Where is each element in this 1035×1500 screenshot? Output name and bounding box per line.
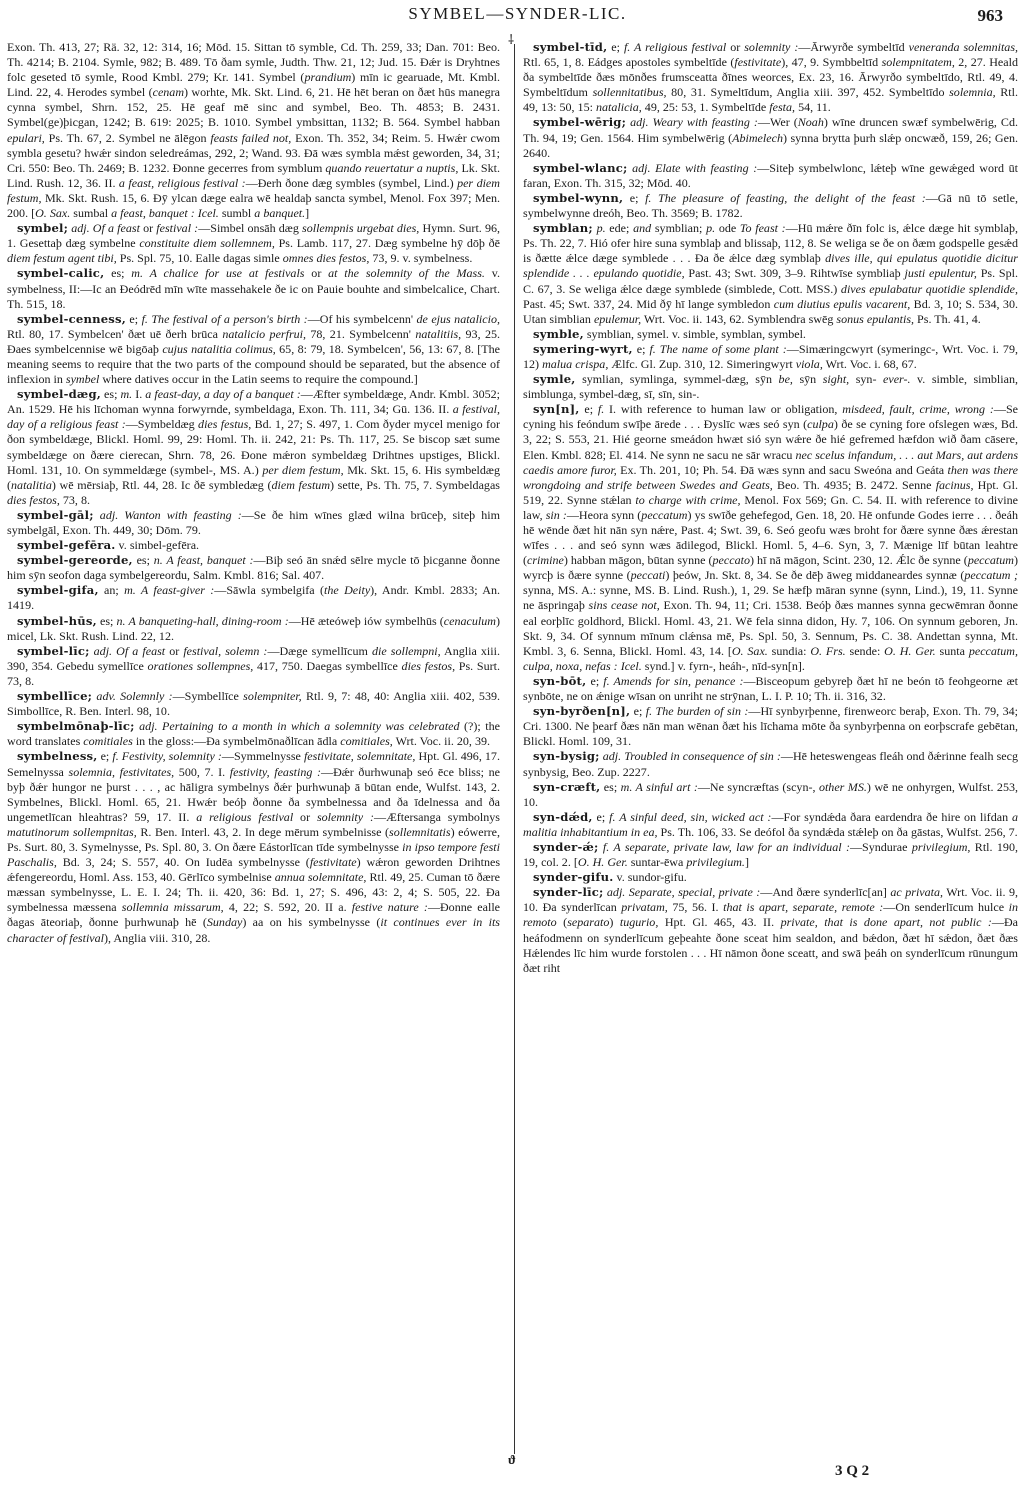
entry-text: 4, 22; S. 592, 20. II a. (224, 900, 352, 914)
entry-gloss-italic: Noah (798, 115, 824, 129)
entry-text: e; (586, 674, 603, 688)
entry-gloss-italic: festa, (769, 100, 795, 114)
entry-headword: symbel-wlanc; (533, 161, 628, 175)
entry-text: Wrt. Voc. ii. 143, 62. Symblendra swēg (641, 312, 836, 326)
entry-text: ), 47, 9. Symbbeltīd (781, 55, 881, 69)
entry-gloss-italic: f. The festival of a person's birth : (142, 312, 308, 326)
entry-headword: symbel-hūs, (17, 614, 97, 628)
entry-text: —Syndurae (850, 840, 912, 854)
entry-headword: symbellīce; (17, 689, 92, 703)
entry-headword: syn[n], (533, 402, 580, 416)
entry-headword: symbel-līc; (17, 644, 90, 658)
entry-headword: symbel-tīd, (533, 40, 607, 54)
entry-headword: symbel-dæg, (17, 387, 101, 401)
entry-text: —Symmelnysse (222, 749, 304, 763)
entry-gloss-italic: adj. Pertaining to a month in which a so… (135, 719, 460, 733)
entry-text: Ps. Th. 67, 2. Symbel ne ālēgon (45, 131, 211, 145)
entry-gloss-italic: sonus epulantis, (836, 312, 914, 326)
dictionary-entry: syn-bōt, e; f. Amends for sin, penance :… (523, 674, 1018, 704)
entry-gloss-italic: f. Festivity, solemnity : (112, 749, 222, 763)
entry-gloss-italic: f. A sinful deed, sin, wicked act : (609, 810, 771, 824)
entry-text: ] (305, 206, 309, 220)
entry-headword: symbel-gāl; (17, 508, 94, 522)
entry-gloss-italic: adv. Solemnly : (92, 689, 172, 703)
dictionary-entry: symbel-hūs, es; n. A banqueting-hall, di… (7, 614, 500, 644)
entry-headword: symbel-cenness, (17, 312, 126, 326)
entry-gloss-italic: a religious festival (196, 810, 293, 824)
entry-gloss-italic: a feast, banquet : Icel. (111, 206, 219, 220)
entry-gloss-italic: a feast, religious festival : (119, 176, 246, 190)
column-rule-bottom-ornament-icon: ϑ (508, 1452, 516, 1468)
entry-headword: symbel-gefēra. (17, 538, 116, 552)
left-column: Exon. Th. 413, 27; Rä. 32, 12: 314, 16; … (7, 40, 500, 946)
entry-text: sundia: (768, 644, 811, 658)
dictionary-entry: syn-cræft, es; m. A sinful art :—Ne sync… (523, 780, 1018, 810)
dictionary-entry: symbel-calic, es; m. A chalice for use a… (7, 266, 500, 311)
entry-text: or (165, 644, 183, 658)
entry-headword: symbelness, (17, 749, 98, 763)
dictionary-entry: synder-līc; adj. Separate, special, priv… (523, 885, 1018, 976)
dictionary-entry: Exon. Th. 413, 27; Rä. 32, 12: 314, 16; … (7, 40, 500, 221)
dictionary-entry: symble, symblian, symel. v. simble, symb… (523, 327, 1018, 342)
entry-gloss-italic: separato (567, 915, 609, 929)
entry-gloss-italic: cum diutius epulis vacarent, (774, 297, 911, 311)
entry-gloss-italic: m. (120, 387, 132, 401)
entry-gloss-italic: natalicia, (596, 100, 642, 114)
entry-gloss-italic: private, that is done apart, not public … (781, 915, 992, 929)
entry-text: sȳn (793, 372, 823, 386)
entry-gloss-italic: at the solemnity of the Mass. (328, 266, 485, 280)
entry-gloss-italic: epulari, (7, 131, 45, 145)
right-column: symbel-tīd, e; f. A religious festival o… (523, 40, 1018, 976)
entry-gloss-italic: O. Sax. (732, 644, 768, 658)
entry-text: 49, 25: 53, 1. Symbeltīde (642, 100, 770, 114)
entry-gloss-italic: festival, solemn : (183, 644, 267, 658)
entry-gloss-italic: m. A feast-giver : (124, 583, 214, 597)
entry-text: sunta (936, 644, 969, 658)
dictionary-entry: symbel-wynn, e; f. The pleasure of feast… (523, 191, 1018, 221)
entry-gloss-italic: cenam (153, 85, 184, 99)
entry-headword: symle, (533, 372, 576, 386)
entry-gloss-italic: f. Amends for sin, penance : (603, 674, 743, 688)
entry-text: an; (99, 583, 124, 597)
dictionary-entry: symbel-gāl; adj. Wanton with feasting :—… (7, 508, 500, 538)
entry-gloss-italic: and (633, 221, 651, 235)
entry-gloss-italic: culpa (807, 417, 834, 431)
entry-text: or (293, 810, 317, 824)
entry-headword: synder-gifu. (533, 870, 613, 884)
entry-gloss-italic: solempniter, (243, 689, 302, 703)
entry-gloss-italic: p. (593, 221, 606, 235)
entry-text: —Ne syncræftas (scyn-, (698, 780, 819, 794)
entry-gloss-italic: adj. Separate, special, private : (603, 885, 760, 899)
dictionary-entry: symbelmōnaþ-līc; adj. Pertaining to a mo… (7, 719, 500, 749)
entry-headword: symbel-gifa, (17, 583, 99, 597)
entry-gloss-italic: festivitate (734, 55, 781, 69)
entry-text: —For syndǽda ðara eardendra ðe hire on l… (771, 810, 1012, 824)
entry-gloss-italic: O. H. Ger. (578, 855, 628, 869)
page-number: 963 (978, 6, 1004, 26)
entry-text: e; (623, 191, 645, 205)
entry-gloss-italic: festival : (156, 221, 198, 235)
entry-text: or (140, 221, 156, 235)
entry-gloss-italic: adj. Wanton with feasting : (94, 508, 242, 522)
entry-text: e; (633, 342, 650, 356)
entry-headword: synder-līc; (533, 885, 603, 899)
entry-gloss-italic: comitiales (83, 734, 133, 748)
entry-gloss-italic: cenaculum (444, 614, 496, 628)
entry-gloss-italic: ac privata, (890, 885, 943, 899)
dictionary-entry: symbel-tīd, e; f. A religious festival o… (523, 40, 1018, 115)
entry-gloss-italic: solemnia, festivitates, (69, 765, 175, 779)
entry-gloss-italic: solemnity : (317, 810, 374, 824)
entry-text: —Dæge symellīcum (267, 644, 372, 658)
entry-gloss-italic: festivity, feasting : (230, 765, 321, 779)
entry-gloss-italic: n. A feast, banquet : (154, 553, 254, 567)
dictionary-entry: symering-wyrt, e; f. The name of some pl… (523, 342, 1018, 372)
dictionary-entry: symbellīce; adv. Solemnly :—Symbellīce s… (7, 689, 500, 719)
entry-gloss-italic: orationes sollempnes, (148, 659, 254, 673)
entry-gloss-italic: peccati (631, 568, 666, 582)
entry-text: sende: (846, 644, 884, 658)
entry-text: e; (607, 40, 624, 54)
entry-text: Ex. Th. 201, 10; Ph. 54. Ðā wæs synn and… (617, 463, 948, 477)
entry-text: ) (609, 915, 620, 929)
dictionary-entry: syn-dǽd, e; f. A sinful deed, sin, wicke… (523, 810, 1018, 840)
entry-text: suntar-ēwa (628, 855, 687, 869)
entry-text: —And ðære synderlīc[an] (760, 885, 890, 899)
entry-gloss-italic: O. H. Ger. (884, 644, 936, 658)
entry-gloss-italic: constituite diem sollemnem, (139, 236, 275, 250)
entry-text: Bd. 3, 24; S. 557, 40. On Iudēa symbelny… (57, 855, 310, 869)
dictionary-entry: symbel-dæg, es; m. I. a feast-day, a day… (7, 387, 500, 508)
entry-text: —Æftersanga symbolnys (374, 810, 500, 824)
entry-text: ) hī nā māgon, Scint. 230, 12. Ǽlc ðe sy… (750, 553, 968, 567)
entry-text: —Of his symbelcenn' (308, 312, 417, 326)
entry-text: es; (101, 387, 120, 401)
entry-text: symlian, symlinga, symmel-dæg, sȳn (576, 372, 779, 386)
entry-text: ) þeów, Jn. Skt. 8, 34. Se ðe dēþ āweg m… (665, 568, 964, 582)
entry-gloss-italic: diem festum (271, 478, 330, 492)
entry-headword: symblan; (533, 221, 593, 235)
entry-text: 80, 31. Symeltīdum, Anglia xiii. 397, 45… (667, 85, 950, 99)
entry-text: ) sette, Ps. Th. 75, 7. Symbeldagas (330, 478, 500, 492)
entry-gloss-italic: veneranda solemnitas, (909, 40, 1018, 54)
entry-gloss-italic: feasts failed not, (210, 131, 291, 145)
entry-text: —Wer ( (758, 115, 798, 129)
entry-text: Wrt. Voc. ii. 20, 39. (393, 734, 490, 748)
entry-headword: symering-wyrt, (533, 342, 633, 356)
entry-text: 78, 21. Symbelcenn' (306, 327, 415, 341)
dictionary-entry: syn-byrðen[n], e; f. The burden of sin :… (523, 704, 1018, 749)
entry-gloss-italic: privilegium. (686, 855, 745, 869)
entry-text: e; (593, 810, 609, 824)
entry-gloss-italic: per diem festum, (262, 463, 343, 477)
entry-headword: syn-bōt, (533, 674, 586, 688)
entry-gloss-italic: f. The burden of sin : (646, 704, 749, 718)
entry-gloss-italic: facinus, (936, 478, 974, 492)
entry-gloss-italic: that is apart, separate, remote : (723, 900, 883, 914)
entry-text: ) aa on his symbelnysse ( (242, 915, 380, 929)
dictionary-entry: syn-bysig; adj. Troubled in consequence … (523, 749, 1018, 779)
entry-gloss-italic: f. A separate, private law, law for an i… (598, 840, 849, 854)
entry-text: I. with reference to human law or obliga… (604, 402, 842, 416)
entry-gloss-italic: die sollempni, (372, 644, 441, 658)
entry-gloss-italic: To feast : (740, 221, 786, 235)
entry-gloss-italic: natalitiis, (415, 327, 461, 341)
entry-gloss-italic: malua crispa, (542, 357, 608, 371)
entry-gloss-italic: cujus natalitia colimus, (162, 342, 275, 356)
entry-gloss-italic: be, (779, 372, 793, 386)
entry-text: v. simbel-gefēra. (116, 538, 200, 552)
entry-text: —Heora synn ( (567, 508, 641, 522)
entry-text: —Sāwla symbelgifa ( (214, 583, 324, 597)
entry-gloss-italic: peccato (713, 553, 750, 567)
page-header: SYMBEL—SYNDER-LIC. 963 (0, 4, 1035, 26)
entry-gloss-italic: other MS. (819, 780, 867, 794)
entry-gloss-italic: sollemnitatis (389, 825, 451, 839)
entry-text: 73, 9. v. symbelness. (369, 251, 472, 265)
dictionary-entry: symbel-gereorde, es; n. A feast, banquet… (7, 553, 500, 583)
entry-gloss-italic: peccatum (641, 508, 687, 522)
entry-gloss-italic: to charge with crime, (635, 493, 740, 507)
entry-text: in the gloss:—Ða symbelmōnaðlīcan ādla (133, 734, 340, 748)
dictionary-entry: symbel; adj. Of a feast or festival :—Si… (7, 221, 500, 266)
entry-text: Rtl. 65, 1, 8. Eádges apostoles symbeltī… (523, 55, 734, 69)
entry-gloss-italic: privatam, (621, 900, 668, 914)
dictionary-entry: symle, symlian, symlinga, symmel-dæg, sȳ… (523, 372, 1018, 402)
entry-gloss-italic: dives epulabatur quotidie splendide, (841, 282, 1018, 296)
entry-gloss-italic: Abimelech (732, 131, 783, 145)
entry-text: symblian; (651, 221, 706, 235)
entry-gloss-italic: natalitia (11, 478, 52, 492)
entry-text: v. sundor-gifu. (613, 870, 686, 884)
entry-text: es; (97, 614, 117, 628)
entry-headword: syn-byrðen[n], (533, 704, 630, 718)
entry-gloss-italic: de ejus natalicio, (417, 312, 500, 326)
entry-text: I. (132, 387, 145, 401)
entry-gloss-italic: natalicio perfrui, (222, 327, 306, 341)
entry-headword: symbel-wērig; (533, 115, 626, 129)
entry-gloss-italic: adj. Of a feast (68, 221, 140, 235)
entry-headword: symbel; (17, 221, 68, 235)
entry-gloss-italic: sollempnis urgebat dies, (302, 221, 419, 235)
entry-gloss-italic: p. (706, 221, 715, 235)
entry-text: Ps. Th. 106, 33. Se deófol ða syndǽda st… (658, 825, 1018, 839)
entry-gloss-italic: solempnitatem, (882, 55, 955, 69)
entry-text: ), Anglia viii. 310, 28. (104, 931, 210, 945)
column-divider (514, 44, 515, 1454)
entry-text: —Hē æteóweþ iów symbelhūs ( (289, 614, 444, 628)
entry-headword: symbel-wynn, (533, 191, 623, 205)
entry-headword: symble, (533, 327, 584, 341)
entry-text: synd.] v. fyrn-, heáh-, nīd-syn[n]. (642, 659, 805, 673)
entry-text: es; (133, 553, 154, 567)
entry-text: syn- (849, 372, 883, 386)
entry-text: es; (104, 266, 131, 280)
entry-text: Past. 45; Swt. 337, 24. Mid ðȳ hī lange … (523, 297, 774, 311)
entry-text: Wrt. Voc. i. 68, 67. (823, 357, 917, 371)
entry-gloss-italic: the Deity (324, 583, 370, 597)
entry-gloss-italic: adj. Elate with feasting : (628, 161, 758, 175)
entry-gloss-italic: justi epulentur, (904, 266, 976, 280)
entry-gloss-italic: a feast-day, a day of a banquet : (145, 387, 300, 401)
dictionary-entry: symbel-līc; adj. Of a feast or festival,… (7, 644, 500, 689)
entry-gloss-italic: symbel (66, 372, 99, 386)
entry-gloss-italic: prandium (304, 70, 351, 84)
dictionary-entry: symblan; p. ede; and symblian; p. ode To… (523, 221, 1018, 327)
entry-gloss-italic: O. Sax. (35, 206, 70, 220)
entry-gloss-italic: viola, (796, 357, 823, 371)
entry-gloss-italic: peccatum (968, 553, 1014, 567)
entry-gloss-italic: solemnity : (744, 40, 798, 54)
entry-headword: syn-bysig; (533, 749, 600, 763)
entry-text: ] (745, 855, 749, 869)
entry-gloss-italic: sollennitatibus, (593, 85, 667, 99)
entry-text: —Ārwyrðe symbeltīd (798, 40, 908, 54)
entry-gloss-italic: sin : (546, 508, 567, 522)
entry-text: e; (126, 312, 142, 326)
entry-gloss-italic: festivitate (310, 855, 357, 869)
dictionary-entry: symbel-cenness, e; f. The festival of a … (7, 312, 500, 387)
entry-text: where datives occur in the Latin seems t… (99, 372, 417, 386)
dictionary-entry: symbelness, e; f. Festivity, solemnity :… (7, 749, 500, 945)
entry-text: Ps. Spl. 75, 10. Ealle dagas simle (117, 251, 283, 265)
entry-text: —Symbeldæg (126, 417, 198, 431)
entry-text: ( (557, 915, 568, 929)
entry-text: sumbl (219, 206, 254, 220)
entry-gloss-italic: tugurio, (620, 915, 659, 929)
entry-gloss-italic: ever-. (883, 372, 911, 386)
entry-gloss-italic: sins cease not, (589, 598, 660, 612)
dictionary-entry: symbel-wērig; adj. Weary with feasting :… (523, 115, 1018, 160)
entry-gloss-italic: f. The pleasure of feasting, the delight… (645, 191, 926, 205)
entry-gloss-italic: misdeed, fault, crime, wrong : (842, 402, 994, 416)
entry-gloss-italic: quando reuertatur a nuptis, (325, 161, 458, 175)
entry-gloss-italic: omnes dies festos, (283, 251, 370, 265)
entry-text: Ps. Lamb. 117, 27. Dæg symbelne hȳ dōþ ð… (275, 236, 500, 250)
entry-gloss-italic: privilegium, (912, 840, 971, 854)
entry-text: or (726, 40, 744, 54)
entry-gloss-italic: crimine (527, 553, 564, 567)
entry-headword: symbel-calic, (17, 266, 104, 280)
entry-text: Ælfc. Gl. Zup. 310, 12. Simeringwyrt (608, 357, 795, 371)
entry-gloss-italic: sollemnia missarum, (122, 900, 224, 914)
entry-text: or (305, 266, 329, 280)
entry-text: ede; (606, 221, 633, 235)
printer-signature: 3 Q 2 (835, 1463, 869, 1480)
entry-text: ode (715, 221, 740, 235)
entry-text: —Symbellīce (173, 689, 244, 703)
entry-text: —Ðerh ðone dæg symbles (symbel, Lind.) (246, 176, 457, 190)
entry-gloss-italic: dies festos, (7, 493, 60, 507)
entry-text: symblian, symel. v. simble, symblan, sym… (584, 327, 806, 341)
entry-gloss-italic: diem festum agent tibi, (7, 251, 117, 265)
entry-gloss-italic: Sunday (207, 915, 242, 929)
entry-text: Beo. Th. 4935; B. 2472. Senne (773, 478, 936, 492)
entry-text: e; (630, 704, 646, 718)
entry-text: Ps. Th. 41, 4. (914, 312, 981, 326)
entry-gloss-italic: f. The name of some plant : (649, 342, 786, 356)
entry-gloss-italic: n. A banqueting-hall, dining-room : (117, 614, 289, 628)
entry-headword: symbelmōnaþ-līc; (17, 719, 135, 733)
entry-text: ) habban māgon, būtan synne ( (564, 553, 713, 567)
dictionary-entry: syn[n], e; f. I. with reference to human… (523, 402, 1018, 674)
entry-text: ) wē mērsiaþ, Rtl. 44, 28. Ic ðē symbled… (52, 478, 272, 492)
entry-text: 54, 11. (795, 100, 831, 114)
entry-gloss-italic: annua solemnitate, (275, 870, 367, 884)
entry-gloss-italic: O. Frs. (810, 644, 845, 658)
entry-gloss-italic: f. A religious festival (624, 40, 726, 54)
entry-gloss-italic: dies festos, (402, 659, 456, 673)
entry-headword: syn-cræft, (533, 780, 600, 794)
entry-text: —Simbel onsāh dæg (198, 221, 302, 235)
entry-text: Hpt. Gl. 465, 43. II. (658, 915, 780, 929)
entry-gloss-italic: epulemur, (594, 312, 641, 326)
entry-text: R. Ben. Interl. 43, 2. In dege mērum sym… (137, 825, 389, 839)
entry-gloss-italic: festive nature : (352, 900, 428, 914)
dictionary-entry: symbel-gifa, an; m. A feast-giver :—Sāwl… (7, 583, 500, 613)
entry-headword: syn-dǽd, (533, 810, 593, 824)
entry-text: 500, 7. I. (174, 765, 230, 779)
entry-gloss-italic: peccatum ; (964, 568, 1018, 582)
entry-text: 417, 750. Daegas symbellīce (253, 659, 401, 673)
entry-text: —On senderlīcum hulce (883, 900, 1008, 914)
entry-gloss-italic: matutinorum sollempnitas, (7, 825, 137, 839)
entry-gloss-italic: m. A chalice for use at festivals (131, 266, 304, 280)
entry-text: e; (580, 402, 598, 416)
dictionary-entry: symbel-gefēra. v. simbel-gefēra. (7, 538, 500, 553)
entry-gloss-italic: adj. Of a feast (90, 644, 166, 658)
entry-gloss-italic: sight, (823, 372, 849, 386)
entry-gloss-italic: adj. Weary with feasting : (626, 115, 758, 129)
entry-text: es; (600, 780, 620, 794)
entry-text: e; (98, 749, 113, 763)
entry-text: 73, 8. (60, 493, 90, 507)
entry-text: Past. 43; Swt. 309, 3–9. Rihtwīse symbli… (685, 266, 905, 280)
running-title: SYMBEL—SYNDER-LIC. (0, 4, 1035, 24)
dictionary-entry: synder-gifu. v. sundor-gifu. (523, 870, 1018, 885)
entry-gloss-italic: m. A sinful art : (621, 780, 698, 794)
entry-headword: synder-ǽ; (533, 840, 598, 854)
entry-headword: symbel-gereorde, (17, 553, 133, 567)
entry-text: sumbal (70, 206, 111, 220)
entry-gloss-italic: comitiales, (340, 734, 393, 748)
entry-text: Rtl. 80, 17. Symbelcen' ðæt uē ðerh brūc… (7, 327, 222, 341)
entry-gloss-italic: dies festus, (198, 417, 251, 431)
entry-gloss-italic: a banquet. (254, 206, 305, 220)
entry-gloss-italic: adj. Troubled in consequence of sin : (600, 749, 781, 763)
dictionary-entry: synder-ǽ; f. A separate, private law, la… (523, 840, 1018, 870)
entry-gloss-italic: festivitate, solemnitate, (304, 749, 415, 763)
entry-text: 75, 56. I. (668, 900, 723, 914)
dictionary-entry: symbel-wlanc; adj. Elate with feasting :… (523, 161, 1018, 191)
entry-gloss-italic: solemnia, (949, 85, 996, 99)
